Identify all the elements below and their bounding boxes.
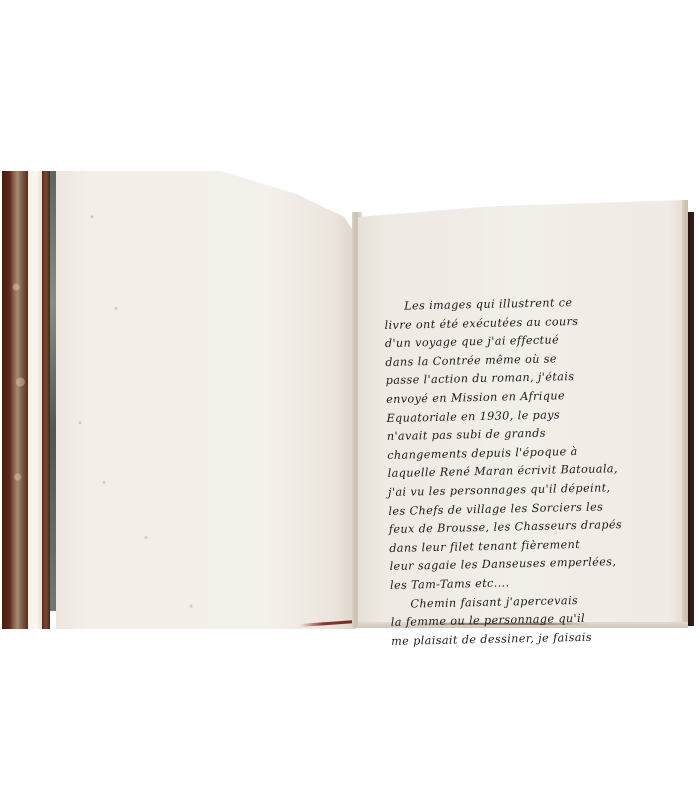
left-page-blank: [56, 171, 356, 629]
open-book-photo: Les images qui illustrent ce livre ont é…: [0, 0, 700, 800]
left-endpaper-edge: [28, 171, 42, 629]
handwritten-text: Les images qui illustrent ce livre ont é…: [384, 292, 691, 651]
marbled-edge: [50, 171, 56, 611]
paper-foxing: [56, 171, 356, 629]
left-cover-leather: [2, 171, 28, 629]
left-binding-strip: [42, 171, 50, 629]
